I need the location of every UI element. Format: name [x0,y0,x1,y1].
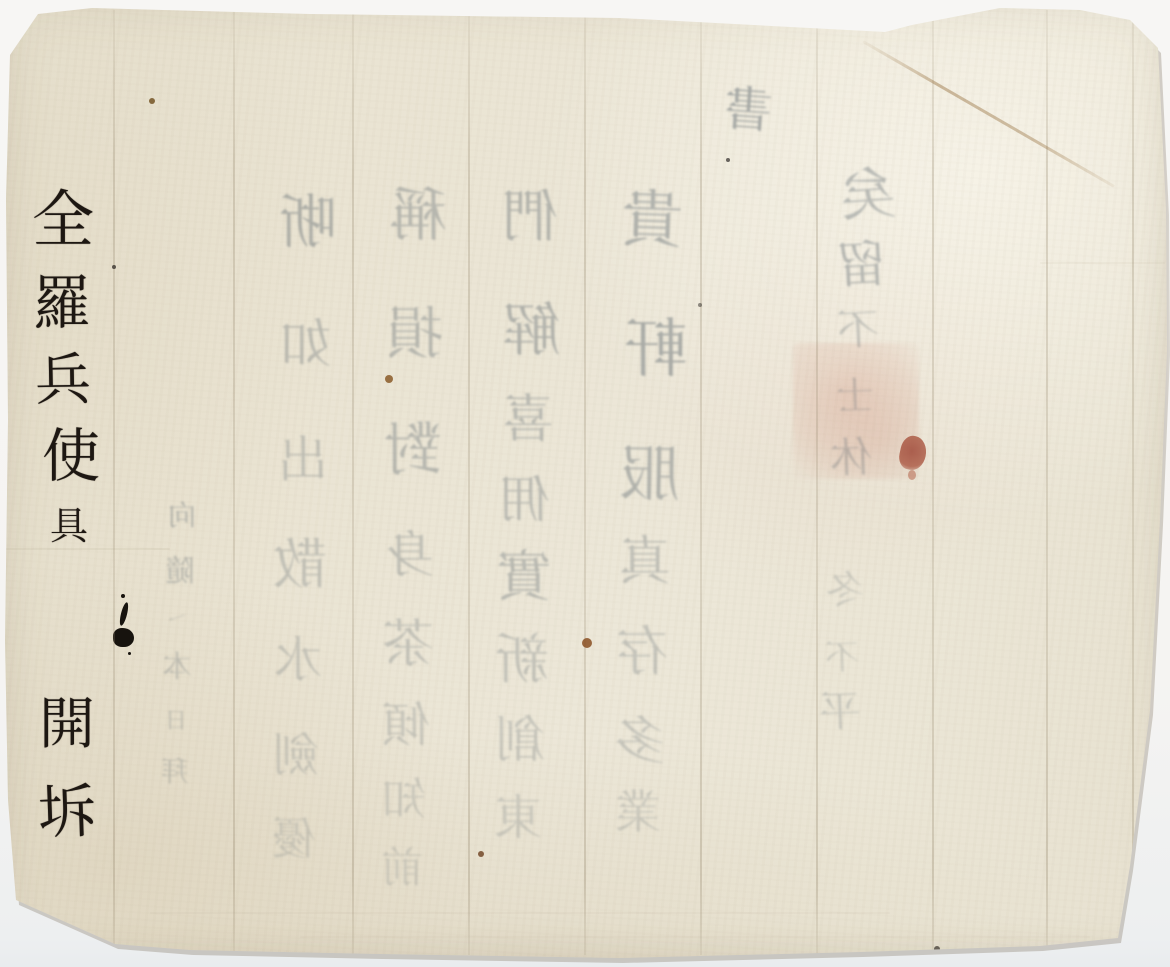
address-column-glyph: 具 [50,507,88,545]
fold-crease-vertical [1046,10,1048,955]
bleed-col-5-glyph: 散 [273,538,327,592]
bleed-col-3-glyph: 實 [496,550,552,606]
bleed-col-5-glyph: 劍 [273,732,319,778]
bleed-col-4-glyph: 前 [381,847,423,889]
bleed-col-2-glyph: 存 [615,625,669,679]
bleed-col-5-glyph: 優 [272,818,316,862]
address-column-glyph: 兵 [35,353,92,410]
bleed-col-small-glyph: 日 [165,711,187,733]
seal-ink-speck [908,470,916,480]
bleed-col-3-glyph: 東 [494,794,542,842]
bleed-col-right-glyph: 冬 [825,570,864,609]
paper-speck [698,303,702,307]
bleed-col-5-glyph: 哳 [279,193,337,251]
bleed-top-glyph: 書 [722,84,773,135]
bleed-col-3-glyph: 解 [503,301,561,359]
fold-crease-vertical [816,10,818,955]
bleed-col-3-glyph: 們 [502,190,558,246]
fold-crease-horizontal [1040,262,1165,264]
bleed-col-right-glyph: 休 [829,436,872,479]
paper-speck [385,375,393,383]
paper-speck [478,851,484,857]
bleed-col-3-glyph: 喜 [502,394,554,446]
ink-blot [113,628,134,647]
fold-crease-vertical [932,10,934,955]
bleed-col-right-glyph: 平 [818,690,861,733]
address-column-glyph: 開 [39,697,95,753]
bleed-col-5-glyph: 如 [279,319,331,371]
fold-crease-horizontal [150,912,890,914]
paper-speck [112,265,116,269]
bleed-col-small-glyph: 隨 [165,557,195,587]
bleed-col-4-glyph: 身 [385,530,435,580]
bleed-col-2-glyph: 服 [619,444,680,505]
bleed-col-2-glyph: 多 [614,716,666,768]
ink-blot [121,594,125,598]
document-photo: 全羅兵使具開坼書矣留不士休冬不平貴軒服真存多業們解喜佣實新創東稱損對身茶傾知前哳… [0,0,1170,967]
bleed-col-4-glyph: 損 [387,307,443,363]
ink-blot [118,602,130,627]
bleed-col-right-glyph: 留 [836,239,889,292]
fold-crease-vertical [468,10,470,955]
bleed-col-3-glyph: 創 [495,715,545,765]
bleed-col-right-glyph: 不 [836,308,880,352]
bleed-col-right-glyph: 士 [835,376,874,415]
bleed-col-small-glyph: 拜 [161,758,189,786]
bleed-col-4-glyph: 傾 [382,701,430,749]
bleed-col-small-glyph: 本 [162,653,192,683]
bleed-col-2-glyph: 真 [619,536,671,588]
bleed-col-2-glyph: 軒 [624,318,688,382]
fold-crease-vertical [1132,10,1134,955]
address-column-glyph: 羅 [33,274,91,332]
bleed-col-2-glyph: 業 [615,789,661,835]
bleed-col-4-glyph: 茶 [382,619,434,671]
fold-crease-vertical [584,10,586,955]
fold-crease-vertical [352,10,354,955]
fold-crease-vertical [700,10,702,955]
bleed-col-right-glyph: 矣 [838,166,898,226]
bleed-col-5-glyph: 出 [278,435,328,485]
bleed-col-4-glyph: 稱 [389,186,447,244]
bleed-col-4-glyph: 對 [384,421,442,479]
fold-crease-vertical [113,10,115,955]
bleed-col-3-glyph: 佣 [500,475,550,525]
address-column-glyph: 全 [32,189,94,251]
bleed-col-small-glyph: 向 [168,502,196,530]
bleed-col-small-glyph: 一 [166,608,189,631]
paper-speck [726,158,730,162]
fold-crease-vertical [233,10,235,955]
bleed-col-4-glyph: 知 [382,778,426,822]
fold-crease-horizontal [300,936,1090,938]
bleed-col-3-glyph: 新 [495,633,549,687]
fold-crease-diagonal [862,40,1115,188]
address-column-glyph: 使 [42,427,100,485]
bleed-col-5-glyph: 水 [274,636,322,684]
paper-speck [149,98,155,104]
bleed-col-2-glyph: 貴 [620,188,684,252]
bleed-col-right-glyph: 不 [824,640,859,675]
address-column-glyph: 坼 [37,782,97,842]
paper: 全羅兵使具開坼書矣留不士休冬不平貴軒服真存多業們解喜佣實新創東稱損對身茶傾知前哳… [0,0,1170,967]
ink-blot [128,652,131,655]
paper-speck [582,638,592,648]
fold-crease-horizontal [0,548,170,550]
